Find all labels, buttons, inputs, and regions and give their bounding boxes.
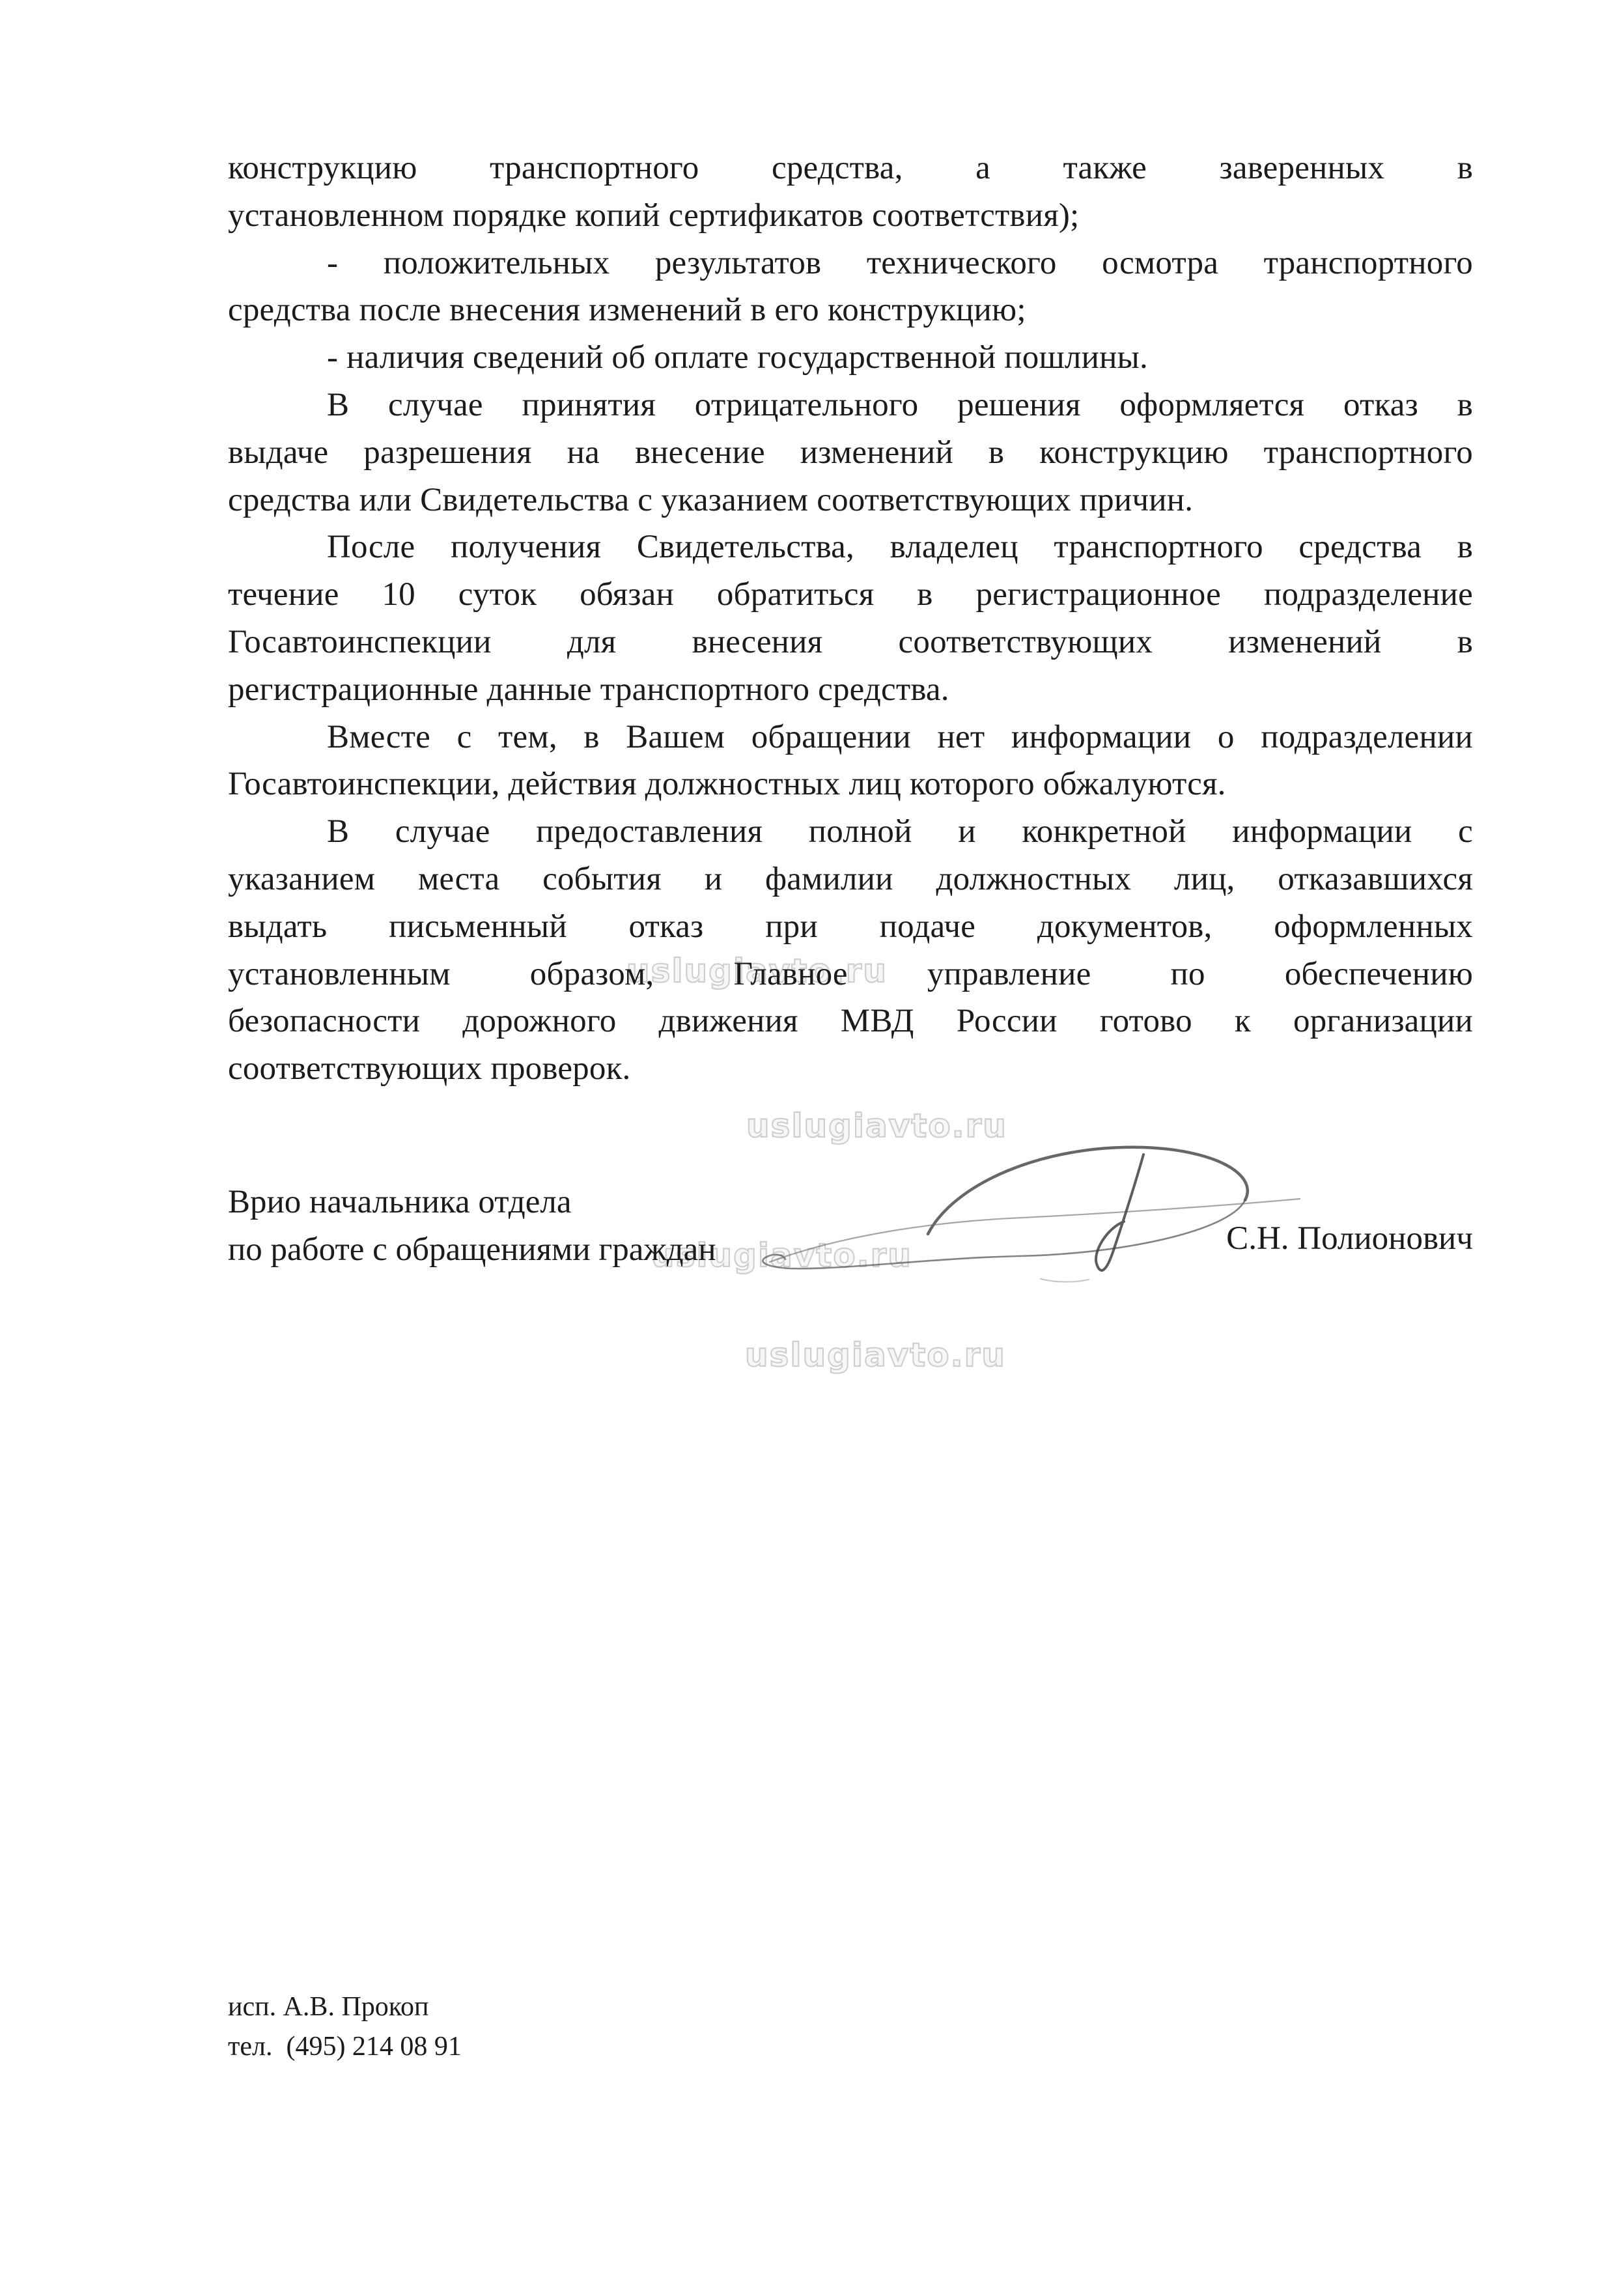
letter-line-16: указанием места события и фамилии должно… xyxy=(228,856,1473,903)
watermark-uslugiavto-4: uslugiavto.ru xyxy=(745,1336,1006,1374)
executor-phone: тел. (495) 214 08 91 xyxy=(228,2027,462,2067)
letter-line-11: Госавтоинспекции для внесения соответств… xyxy=(228,619,1473,666)
letter-line-9: После получения Свидетельства, владелец … xyxy=(228,524,1473,571)
letter-line-17: выдать письменный отказ при подаче докум… xyxy=(228,903,1473,951)
signer-position-line-2: по работе с обращениями граждан xyxy=(228,1226,944,1274)
watermark-uslugiavto-2: uslugiavto.ru xyxy=(746,1107,1007,1145)
letter-line-1: конструкцию транспортного средства, а та… xyxy=(228,145,1473,192)
letter-line-14: Госавтоинспекции, действия должностных л… xyxy=(228,761,1473,808)
letter-line-2: установленном порядке копий сертификатов… xyxy=(228,192,1473,240)
signer-name: С.Н. Полионович xyxy=(1172,1219,1473,1258)
letter-line-13: Вместе с тем, в Вашем обращении нет инфо… xyxy=(228,714,1473,761)
letter-body-text: конструкцию транспортного средства, а та… xyxy=(228,145,1473,1093)
letter-line-6: В случае принятия отрицательного решения… xyxy=(228,382,1473,429)
letter-line-12: регистрационные данные транспортного сре… xyxy=(228,666,1473,714)
letter-line-5: - наличия сведений об оплате государстве… xyxy=(228,334,1473,382)
letter-line-19: безопасности дорожного движения МВД Росс… xyxy=(228,998,1473,1045)
footer-executor-info: исп. А.В. Прокоп тел. (495) 214 08 91 xyxy=(228,1987,462,2067)
letter-line-4: средства после внесения изменений в его … xyxy=(228,287,1473,334)
letter-line-10: течение 10 суток обязан обратиться в рег… xyxy=(228,571,1473,619)
signature-stroke xyxy=(1096,1155,1143,1270)
letter-line-18: установленным образом, Главное управлени… xyxy=(228,951,1473,998)
signer-position-title: Врио начальника отдела по работе с обращ… xyxy=(228,1179,944,1274)
signer-position-line-1: Врио начальника отдела xyxy=(228,1179,944,1226)
letter-line-8: средства или Свидетельства с указанием с… xyxy=(228,477,1473,524)
letter-line-3: - положительных результатов технического… xyxy=(228,240,1473,287)
letter-line-15: В случае предоставления полной и конкрет… xyxy=(228,808,1473,856)
scanned-letter-page: uslugiavto.ruuslugiavto.ruuslugiavto.ruu… xyxy=(0,0,1598,2296)
executor-name: исп. А.В. Прокоп xyxy=(228,1987,462,2027)
letter-line-20: соответствующих проверок. xyxy=(228,1045,1473,1093)
letter-line-7: выдаче разрешения на внесение изменений … xyxy=(228,429,1473,477)
signature-stroke xyxy=(1041,1279,1089,1282)
